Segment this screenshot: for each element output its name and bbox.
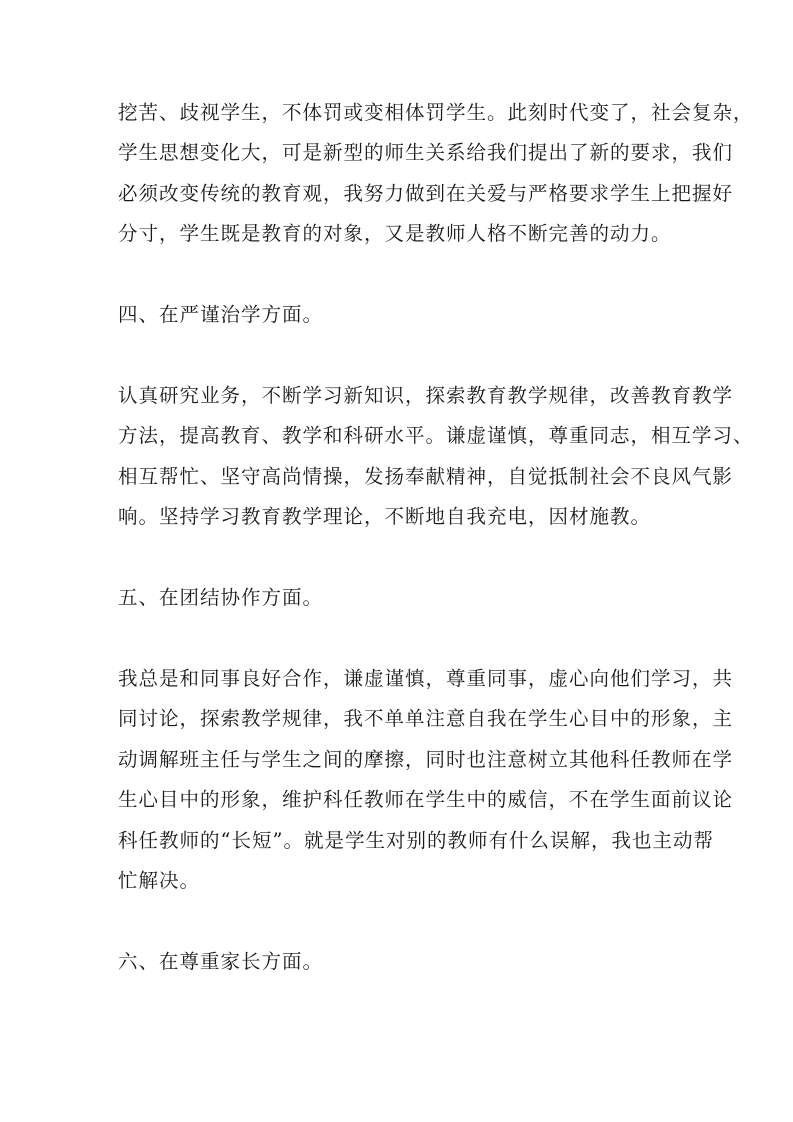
paragraph-line: 必须改变传统的教育观，我努力做到在关爱与严格要求学生上把握好 xyxy=(118,182,678,206)
document-page: 挖苦、歧视学生，不体罚或变相体罚学生。此刻时代变了，社会复杂， 学生思想变化大，… xyxy=(0,0,793,1122)
section-heading: 六、在尊重家长方面。 xyxy=(118,950,678,974)
paragraph-line: 忙解决。 xyxy=(118,869,678,893)
paragraph-line: 同讨论，探索教学规律，我不单单注意自我在学生心目中的形象，主 xyxy=(118,707,678,731)
paragraph-line: 我总是和同事良好合作，谦虚谨慎，尊重同事，虚心向他们学习，共 xyxy=(118,667,678,691)
paragraph-line: 生心目中的形象，维护科任教师在学生中的威信，不在学生面前议论 xyxy=(118,788,678,812)
paragraph-line: 分寸，学生既是教育的对象，又是教师人格不断完善的动力。 xyxy=(118,222,678,246)
paragraph-line: 学生思想变化大，可是新型的师生关系给我们提出了新的要求，我们 xyxy=(118,141,678,165)
paragraph-line: 认真研究业务，不断学习新知识，探索教育教学规律，改善教育教学 xyxy=(118,384,678,408)
paragraph-line: 科任教师的“长短”。就是学生对别的教师有什么误解，我也主动帮 xyxy=(118,829,678,853)
section-heading: 四、在严谨治学方面。 xyxy=(118,303,678,327)
paragraph-line: 方法，提高教育、教学和科研水平。谦虚谨慎，尊重同志，相互学习、 xyxy=(118,424,678,448)
paragraph-line: 响。坚持学习教育教学理论，不断地自我充电，因材施教。 xyxy=(118,505,678,529)
paragraph-line: 相互帮忙、坚守高尚情操，发扬奉献精神，自觉抵制社会不良风气影 xyxy=(118,465,678,489)
section-heading: 五、在团结协作方面。 xyxy=(118,586,678,610)
paragraph-line: 动调解班主任与学生之间的摩擦，同时也注意树立其他科任教师在学 xyxy=(118,748,678,772)
paragraph-line: 挖苦、歧视学生，不体罚或变相体罚学生。此刻时代变了，社会复杂， xyxy=(118,101,678,125)
